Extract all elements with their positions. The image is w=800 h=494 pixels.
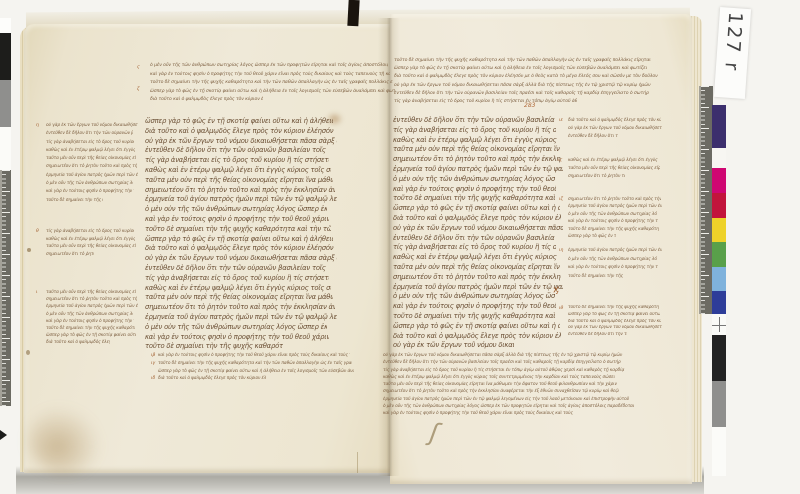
manuscript-line: ὁ μὲν οὖν τῆς τῶν ἀνθρώπων σωτηρίας λόγο… — [393, 175, 555, 185]
manuscript-line: σημειωτέον ὅτι τὸ ῥητὸν τοῦτο καὶ πρὸς τ… — [568, 196, 661, 203]
manuscript-line: ἑρμηνεία τοῦ ἁγίου πατρὸς ἡμῶν περὶ τῶν … — [145, 195, 337, 205]
manuscript-line: διὰ τοῦτο καὶ ὁ ψαλμῳδὸς ἔλεγε πρὸς τὸν … — [568, 117, 661, 125]
manuscript-line: σημειωτέον ὅτι τὸ ῥητὸν τοῦτο καὶ πρὸς τ… — [145, 303, 335, 313]
manuscript-line: ἐντεῦθεν δὲ δῆλον ὅτι τὴν τῶν οὐρανῶν βα… — [393, 116, 555, 126]
marginal-reference-numeral: θ — [36, 229, 39, 234]
text-block-rp-marg-5: τοῦτο δὲ σημαίνει τὴν τῆς ψυχῆς καθαρότη… — [568, 305, 662, 341]
marginal-reference-numeral: ιβ — [151, 353, 155, 358]
manuscript-line: καθὼς καὶ ἐν ἑτέρῳ ψαλμῷ λέγει ὅτι ἐγγὺς… — [145, 284, 331, 294]
marginal-reference-numeral: ϛ — [137, 65, 140, 70]
marginal-reference-numeral: ιη — [559, 248, 563, 253]
fore-edge-spot — [27, 248, 31, 252]
manuscript-line: ταῦτα μὲν οὖν περὶ τῆς θείας οἰκονομίας … — [568, 165, 660, 173]
manuscript-line: τίς γὰρ ἀναβήσεται εἰς τὸ ὄρος τοῦ κυρίο… — [393, 126, 556, 136]
manuscript-line: ὁ μὲν οὖν τῆς τῶν ἀνθρώπων σωτηρίας λόγο… — [568, 256, 657, 265]
manuscript-line: ὁ μὲν οὖν τῆς τῶν ἀνθρώπων σωτηρίας λόγο… — [46, 311, 133, 318]
calibration-patch-crimson — [712, 193, 726, 218]
manuscript-line: ἐντεῦθεν δὲ δῆλον ὅτι τὴν τῶν οὐρανῶν βα… — [383, 359, 674, 366]
manuscript-line: οὐ γὰρ ἐκ τῶν ἔργων τοῦ νόμου δικαιωθήσε… — [145, 137, 337, 147]
manuscript-line: σημειωτέον ὅτι τὸ ῥητὸν τοῦτο καὶ πρὸς τ… — [393, 273, 561, 283]
text-block-lp-bottom-notes: καὶ γὰρ ἐν τούτοις φησὶν ὁ προφήτης τὴν … — [158, 352, 358, 385]
calibration-patch-indigo — [712, 105, 726, 148]
manuscript-line: καθὼς καὶ ἐν ἑτέρῳ ψαλμῷ λέγει ὅτι ἐγγὺς… — [46, 236, 135, 244]
manuscript-line: τίς γὰρ ἀναβήσεται εἰς τὸ ὄρος τοῦ κυρίο… — [394, 98, 577, 106]
manuscript-line: τοῦτο δὲ σημαίνει τὴν τῆς ψυχῆς καθαρότη… — [145, 342, 283, 352]
folio-number-text: 127 r — [720, 11, 746, 73]
manuscript-line: τοῦτο δὲ σημαίνει τὴν τῆς ψυχῆς καθαρότη… — [393, 312, 558, 322]
manuscript-line: καθὼς καὶ ἐν ἑτέρῳ ψαλμῷ λέγει ὅτι ἐγγὺς… — [383, 374, 680, 381]
right-ruler — [699, 86, 713, 314]
manuscript-line: καὶ γὰρ ἐν τούτοις φησὶν ὁ προφήτης τὴν … — [145, 215, 329, 225]
calibration-patch-white-tab — [0, 18, 11, 33]
manuscript-line: τίς γὰρ ἀναβήσεται εἰς τὸ ὄρος τοῦ κυρίο… — [145, 156, 329, 166]
manuscript-line: διὰ τοῦτο καὶ ὁ ψαλμῳδὸς ἔλεγε πρὸς τὸν … — [568, 319, 661, 326]
calibration-patch-white — [712, 427, 726, 476]
marginal-reference-numeral: ιϛ — [558, 158, 562, 163]
manuscript-line: τοῦτο δὲ σημαίνει τὴν τῆς ψυχῆς καθαρότη… — [150, 79, 393, 88]
manuscript-line: τοῦτο δὲ σημαίνει τὴν τῆς ψυχῆς καθαρότη… — [393, 194, 558, 204]
manuscript-line: διὰ τοῦτο καὶ ὁ ψαλμῳδὸς ἔλεγε πρὸς τὸν … — [393, 214, 561, 224]
marginal-reference-numeral: ιε — [559, 118, 563, 123]
marginal-reference-numeral: ιδ — [151, 376, 155, 381]
marginal-reference-numeral: ιζ — [559, 197, 563, 202]
manuscript-line: ταῦτα μὲν οὖν περὶ τῆς θείας οἰκονομίας … — [393, 145, 560, 155]
manuscript-line: ἑρμηνεία τοῦ ἁγίου πατρὸς ἡμῶν περὶ τῶν … — [46, 172, 138, 180]
manuscript-line: διὰ τοῦτο καὶ ὁ ψαλμῳδὸς ἔλεγε πρὸς τὸν … — [46, 339, 110, 346]
manuscript-line: ἐντεῦθεν δὲ δῆλον ὅτι τὴν τῶν οὐρανῶν βα… — [145, 264, 327, 274]
manuscript-line: ὥσπερ γὰρ τὸ φῶς ἐν τῇ σκοτίᾳ φαίνει οὕτ… — [150, 88, 395, 97]
manuscript-line: οὐ γὰρ ἐκ τῶν ἔργων τοῦ νόμου δικαιωθήσε… — [568, 325, 662, 332]
manuscript-line: σημειωτέον ὅτι τὸ ῥητὸν τοῦτο καὶ πρὸς τ… — [46, 251, 94, 259]
manuscript-line: ἐντεῦθεν δὲ δῆλον ὅτι τὴν τῶν οὐρανῶν βα… — [568, 133, 618, 141]
manuscript-line: οὐ γὰρ ἐκ τῶν ἔργων τοῦ νόμου δικαιωθήσε… — [145, 254, 337, 264]
manuscript-line: ἑρμηνεία τοῦ ἁγίου πατρὸς ἡμῶν περὶ τῶν … — [145, 313, 337, 323]
text-block-lp-marg-3: ταῦτα μὲν οὖν περὶ τῆς θείας οἰκονομίας … — [46, 289, 138, 349]
manuscript-line: σημειωτέον ὅτι τὸ ῥητὸν τοῦτο καὶ πρὸς τ… — [393, 155, 561, 165]
manuscript-line: ταῦτα μὲν οὖν περὶ τῆς θείας οἰκονομίας … — [383, 381, 683, 388]
color-calibration-bar — [712, 105, 726, 476]
manuscript-line: ὥσπερ γὰρ τὸ φῶς ἐν τῇ σκοτίᾳ φαίνει οὕτ… — [46, 332, 136, 339]
text-block-rp-bottom-catena: οὐ γὰρ ἐκ τῶν ἔργων τοῦ νόμου δικαιωθήσε… — [383, 352, 689, 420]
manuscript-line: τίς γὰρ ἀναβήσεται εἰς τὸ ὄρος τοῦ κυρίο… — [383, 367, 677, 374]
manuscript-line: ὁ μὲν οὖν τῆς τῶν ἀνθρώπων σωτηρίας λόγο… — [568, 211, 657, 218]
calibration-patch-light-blue — [712, 267, 726, 291]
manuscript-line: ἑρμηνεία τοῦ ἁγίου πατρὸς ἡμῶν περὶ τῶν … — [568, 203, 662, 210]
manuscript-line: σημειωτέον ὅτι τὸ ῥητὸν τοῦτο καὶ πρὸς τ… — [145, 186, 335, 196]
manuscript-line: ὁ μὲν οὖν τῆς τῶν ἀνθρώπων σωτηρίας λόγο… — [145, 205, 327, 215]
calibration-patch-white — [0, 127, 11, 170]
ruler-tick-marks — [2, 170, 13, 406]
manuscript-line: τίς γὰρ ἀναβήσεται εἰς τὸ ὄρος τοῦ κυρίο… — [46, 228, 134, 236]
manuscript-line: διὰ τοῦτο καὶ ὁ ψαλμῳδὸς ἔλεγε πρὸς τὸν … — [150, 96, 263, 105]
manuscript-line: οὐ γὰρ ἐκ τῶν ἔργων τοῦ νόμου δικαιωθήσε… — [394, 82, 684, 90]
manuscript-line: ὥσπερ γὰρ τὸ φῶς ἐν τῇ σκοτίᾳ φαίνει οὕτ… — [393, 204, 560, 214]
manuscript-line: ταῦτα μὲν οὖν περὶ τῆς θείας οἰκονομίας … — [393, 263, 560, 273]
calibration-patch-green — [712, 242, 726, 267]
manuscript-line: ὁ μὲν οὖν τῆς τῶν ἀνθρώπων σωτηρίας λόγο… — [393, 292, 555, 302]
manuscript-line: σημειωτέον ὅτι τὸ ῥητὸν τοῦτο καὶ πρὸς τ… — [383, 388, 686, 395]
manuscript-line: ταῦτα μὲν οὖν περὶ τῆς θείας οἰκονομίας … — [145, 293, 333, 303]
manuscript-line: ἐντεῦθεν δὲ δῆλον ὅτι τὴν τῶν οὐρανῶν βα… — [393, 234, 555, 244]
bookmark-tab — [347, 0, 359, 26]
text-block-lp-marg-2: τίς γὰρ ἀναβήσεται εἰς τὸ ὄρος τοῦ κυρίο… — [46, 228, 138, 260]
manuscript-line: οὐ γὰρ ἐκ τῶν ἔργων τοῦ νόμου δικαιωθήσε… — [383, 352, 689, 359]
manuscript-line: καὶ γὰρ ἐν τούτοις φησὶν ὁ προφήτης τὴν … — [150, 71, 390, 80]
calibration-patch-gray — [712, 381, 726, 427]
manuscript-line: ἑρμηνεία τοῦ ἁγίου πατρὸς ἡμῶν περὶ τῶν … — [46, 303, 138, 310]
manuscript-line: ἑρμηνεία τοῦ ἁγίου πατρὸς ἡμῶν περὶ τῶν … — [383, 396, 689, 403]
manuscript-line: ἐντεῦθεν δὲ δῆλον ὅτι τὴν τῶν οὐρανῶν βα… — [394, 90, 670, 98]
manuscript-line: ὥσπερ γὰρ τὸ φῶς ἐν τῇ σκοτίᾳ φαίνει οὕτ… — [158, 368, 354, 376]
manuscript-line: ἐντεῦθεν δὲ δῆλον ὅτι τὴν τῶν οὐρανῶν βα… — [145, 146, 327, 156]
manuscript-line: τοῦτο δὲ σημαίνει τὴν τῆς ψυχῆς καθαρότη… — [568, 305, 659, 312]
manuscript-line: διὰ τοῦτο καὶ ὁ ψαλμῳδὸς ἔλεγε πρὸς τὸν … — [145, 127, 335, 137]
manuscript-line: ταῦτα μὲν οὖν περὶ τῆς θείας οἰκονομίας … — [46, 155, 136, 163]
calibration-patch-dark-blue — [712, 291, 726, 314]
manuscript-line: ταῦτα μὲν οὖν περὶ τῆς θείας οἰκονομίας … — [46, 289, 136, 296]
parchment-stain-corner — [28, 406, 102, 474]
manuscript-line: τίς γὰρ ἀναβήσεται εἰς τὸ ὄρος τοῦ κυρίο… — [145, 274, 329, 284]
manuscript-line: ταῦτα μὲν οὖν περὶ τῆς θείας οἰκονομίας … — [46, 243, 136, 251]
manuscript-line: ταῦτα μὲν οὖν περὶ τῆς θείας οἰκονομίας … — [145, 176, 333, 186]
manuscript-line: διὰ τοῦτο καὶ ὁ ψαλμῳδὸς ἔλεγε πρὸς τὸν … — [393, 332, 561, 342]
text-block-lp-marg-1: οὐ γὰρ ἐκ τῶν ἔργων τοῦ νόμου δικαιωθήσε… — [46, 122, 138, 207]
left-edge-pointer-mark — [0, 430, 7, 440]
marginal-reference-numeral: ζ — [137, 87, 139, 92]
manuscript-line: ὁ μὲν οὖν τῆς τῶν ἀνθρώπων σωτηρίας λόγο… — [150, 62, 388, 71]
manuscript-line: καὶ γὰρ ἐν τούτοις φησὶν ὁ προφήτης τὴν … — [568, 264, 658, 273]
manuscript-line: ἑρμηνεία τοῦ ἁγίου πατρὸς ἡμῶν περὶ τῶν … — [393, 283, 563, 293]
quire-number: 283 — [524, 102, 535, 109]
text-block-rp-marg-1: διὰ τοῦτο καὶ ὁ ψαλμῳδὸς ἔλεγε πρὸς τὸν … — [568, 117, 662, 143]
manuscript-line: τοῦτο δὲ σημαίνει τὴν τῆς ψυχῆς καθαρότη… — [46, 197, 103, 205]
calibration-patch-white-cross — [712, 314, 726, 335]
text-block-rp-main: ἐντεῦθεν δὲ δῆλον ὅτι τὴν τῶν οὐρανῶν βα… — [393, 116, 563, 353]
manuscript-line: καὶ γὰρ ἐν τούτοις φησὶν ὁ προφήτης τὴν … — [383, 410, 573, 417]
manuscript-line: διὰ τοῦτο καὶ ὁ ψαλμῳδὸς ἔλεγε πρὸς τὸν … — [158, 375, 266, 383]
manuscript-line: ὥσπερ γὰρ τὸ φῶς ἐν τῇ σκοτίᾳ φαίνει οὕτ… — [145, 117, 333, 127]
calibration-patch-yellow — [712, 218, 726, 242]
manuscript-line: καθὼς καὶ ἐν ἑτέρῳ ψαλμῷ λέγει ὅτι ἐγγὺς… — [393, 253, 558, 263]
manuscript-line: ἐντεῦθεν δὲ δῆλον ὅτι τὴν τῶν οὐρανῶν βα… — [568, 332, 627, 339]
manuscript-line: διὰ τοῦτο καὶ ὁ ψαλμῳδὸς ἔλεγε πρὸς τὸν … — [145, 244, 335, 254]
manuscript-line: ὁ μὲν οὖν τῆς τῶν ἀνθρώπων σωτηρίας λόγο… — [145, 323, 327, 333]
manuscript-line: καθὼς καὶ ἐν ἑτέρῳ ψαλμῷ λέγει ὅτι ἐγγὺς… — [393, 136, 558, 146]
manuscript-line: καθὼς καὶ ἐν ἑτέρῳ ψαλμῷ λέγει ὅτι ἐγγὺς… — [145, 166, 331, 176]
manuscript-line: σημειωτέον ὅτι τὸ ῥητὸν τοῦτο καὶ πρὸς τ… — [568, 173, 625, 181]
page-corner-fold-line — [357, 452, 358, 473]
manuscript-line: τοῦτο δὲ σημαίνει τὴν τῆς ψυχῆς καθαρότη… — [46, 325, 135, 332]
manuscript-line: καὶ γὰρ ἐν τούτοις φησὶν ὁ προφήτης τὴν … — [568, 218, 658, 225]
manuscript-line: ἑρμηνεία τοῦ ἁγίου πατρὸς ἡμῶν περὶ τῶν … — [393, 165, 563, 175]
calibration-patch-gray — [0, 80, 11, 127]
manuscript-line: τοῦτο δὲ σημαίνει τὴν τῆς ψυχῆς καθαρότη… — [394, 57, 675, 65]
manuscript-line: καὶ γὰρ ἐν τούτοις φησὶν ὁ προφήτης τὴν … — [393, 185, 556, 195]
manuscript-line: ὁ μὲν οὖν τῆς τῶν ἀνθρώπων σωτηρίας λόγο… — [383, 403, 674, 410]
marginal-reference-numeral: ι — [36, 290, 38, 295]
text-block-rp-marg-3: σημειωτέον ὅτι τὸ ῥητὸν τοῦτο καὶ πρὸς τ… — [568, 196, 662, 242]
manuscript-line: σημειωτέον ὅτι τὸ ῥητὸν τοῦτο καὶ πρὸς τ… — [46, 163, 137, 171]
marginal-reference-numeral: ιθ — [559, 306, 563, 311]
digitized-manuscript-photo: ʃ ὁ μὲν οὖν τῆς τῶν ἀνθρώπων σωτηρίας λό… — [0, 0, 800, 494]
manuscript-line: τίς γὰρ ἀναβήσεται εἰς τὸ ὄρος τοῦ κυρίο… — [46, 139, 134, 147]
manuscript-line: καὶ γὰρ ἐν τούτοις φησὶν ὁ προφήτης τὴν … — [158, 352, 350, 360]
manuscript-line: οὐ γὰρ ἐκ τῶν ἔργων τοῦ νόμου δικαιωθήσε… — [393, 341, 514, 351]
calibration-patch-black — [712, 335, 726, 381]
manuscript-line: ὥσπερ γὰρ τὸ φῶς ἐν τῇ σκοτίᾳ φαίνει οὕτ… — [568, 312, 660, 319]
manuscript-line: διὰ τοῦτο καὶ ὁ ψαλμῳδὸς ἔλεγε πρὸς τὸν … — [394, 73, 681, 81]
manuscript-line: καὶ γὰρ ἐν τούτοις φησὶν ὁ προφήτης τὴν … — [46, 188, 134, 196]
marginal-reference-numeral: ιγ — [151, 361, 155, 366]
manuscript-line: οὐ γὰρ ἐκ τῶν ἔργων τοῦ νόμου δικαιωθήσε… — [393, 224, 563, 234]
manuscript-line: οὐ γὰρ ἐκ τῶν ἔργων τοῦ νόμου δικαιωθήσε… — [568, 125, 662, 133]
manuscript-line: καθὼς καὶ ἐν ἑτέρῳ ψαλμῷ λέγει ὅτι ἐγγὺς… — [568, 157, 659, 165]
text-block-lp-main: ὥσπερ γὰρ τὸ φῶς ἐν τῇ σκοτίᾳ φαίνει οὕτ… — [145, 117, 337, 354]
text-block-rp-top-catena: τοῦτο δὲ σημαίνει τὴν τῆς ψυχῆς καθαρότη… — [394, 57, 684, 108]
manuscript-line: καὶ γὰρ ἐν τούτοις φησὶν ὁ προφήτης τὴν … — [393, 302, 556, 312]
manuscript-line: ὥσπερ γὰρ τὸ φῶς ἐν τῇ σκοτίᾳ φαίνει οὕτ… — [393, 322, 560, 332]
manuscript-line: τίς γὰρ ἀναβήσεται εἰς τὸ ὄρος τοῦ κυρίο… — [393, 243, 556, 253]
grayscale-calibration-wedge — [0, 18, 11, 170]
manuscript-line: τοῦτο δὲ σημαίνει τὴν τῆς ψυχῆς καθαρότη… — [158, 360, 352, 368]
manuscript-line: ὥσπερ γὰρ τὸ φῶς ἐν τῇ σκοτίᾳ φαίνει οὕτ… — [145, 235, 333, 245]
manuscript-line: σημειωτέον ὅτι τὸ ῥητὸν τοῦτο καὶ πρὸς τ… — [46, 296, 137, 303]
manuscript-line: ἑρμηνεία τοῦ ἁγίου πατρὸς ἡμῶν περὶ τῶν … — [568, 247, 662, 256]
manuscript-line: οὐ γὰρ ἐκ τῶν ἔργων τοῦ νόμου δικαιωθήσε… — [46, 122, 138, 130]
manuscript-line: καθὼς καὶ ἐν ἑτέρῳ ψαλμῷ λέγει ὅτι ἐγγὺς… — [46, 147, 135, 155]
manuscript-line: τοῦτο δὲ σημαίνει τὴν τῆς ψυχῆς καθαρότη… — [568, 226, 659, 233]
left-ruler — [0, 170, 11, 406]
manuscript-line: ἐντεῦθεν δὲ δῆλον ὅτι τὴν τῶν οὐρανῶν βα… — [46, 130, 133, 138]
manuscript-line: καὶ γὰρ ἐν τούτοις φησὶν ὁ προφήτης τὴν … — [145, 333, 329, 343]
manuscript-line: ὥσπερ γὰρ τὸ φῶς ἐν τῇ σκοτίᾳ φαίνει οὕτ… — [568, 233, 616, 240]
manuscript-line: καὶ γὰρ ἐν τούτοις φησὶν ὁ προφήτης τὴν … — [46, 318, 134, 325]
calibration-patch-magenta — [712, 168, 726, 193]
manuscript-line: ὥσπερ γὰρ τὸ φῶς ἐν τῇ σκοτίᾳ φαίνει οὕτ… — [394, 65, 678, 73]
text-block-rp-marg-4: ἑρμηνεία τοῦ ἁγίου πατρὸς ἡμῶν περὶ τῶν … — [568, 247, 662, 283]
marginal-reference-numeral: η — [36, 123, 39, 128]
fore-edge-spot — [26, 350, 30, 355]
manuscript-line: ὁ μὲν οὖν τῆς τῶν ἀνθρώπων σωτηρίας λόγο… — [46, 180, 133, 188]
calibration-patch-white-gap — [712, 148, 726, 168]
text-block-lp-top-catena: ὁ μὲν οὖν τῆς τῶν ἀνθρώπων σωτηρίας λόγο… — [150, 62, 400, 107]
folio-number-label: 127 r — [714, 7, 751, 99]
text-block-rp-marg-2: καθὼς καὶ ἐν ἑτέρῳ ψαλμῷ λέγει ὅτι ἐγγὺς… — [568, 157, 662, 183]
manuscript-line: τοῦτο δὲ σημαίνει τὴν τῆς ψυχῆς καθαρότη… — [145, 225, 331, 235]
manuscript-line: τοῦτο δὲ σημαίνει τὴν τῆς ψυχῆς καθαρότη… — [568, 273, 624, 282]
calibration-patch-black — [0, 33, 11, 80]
